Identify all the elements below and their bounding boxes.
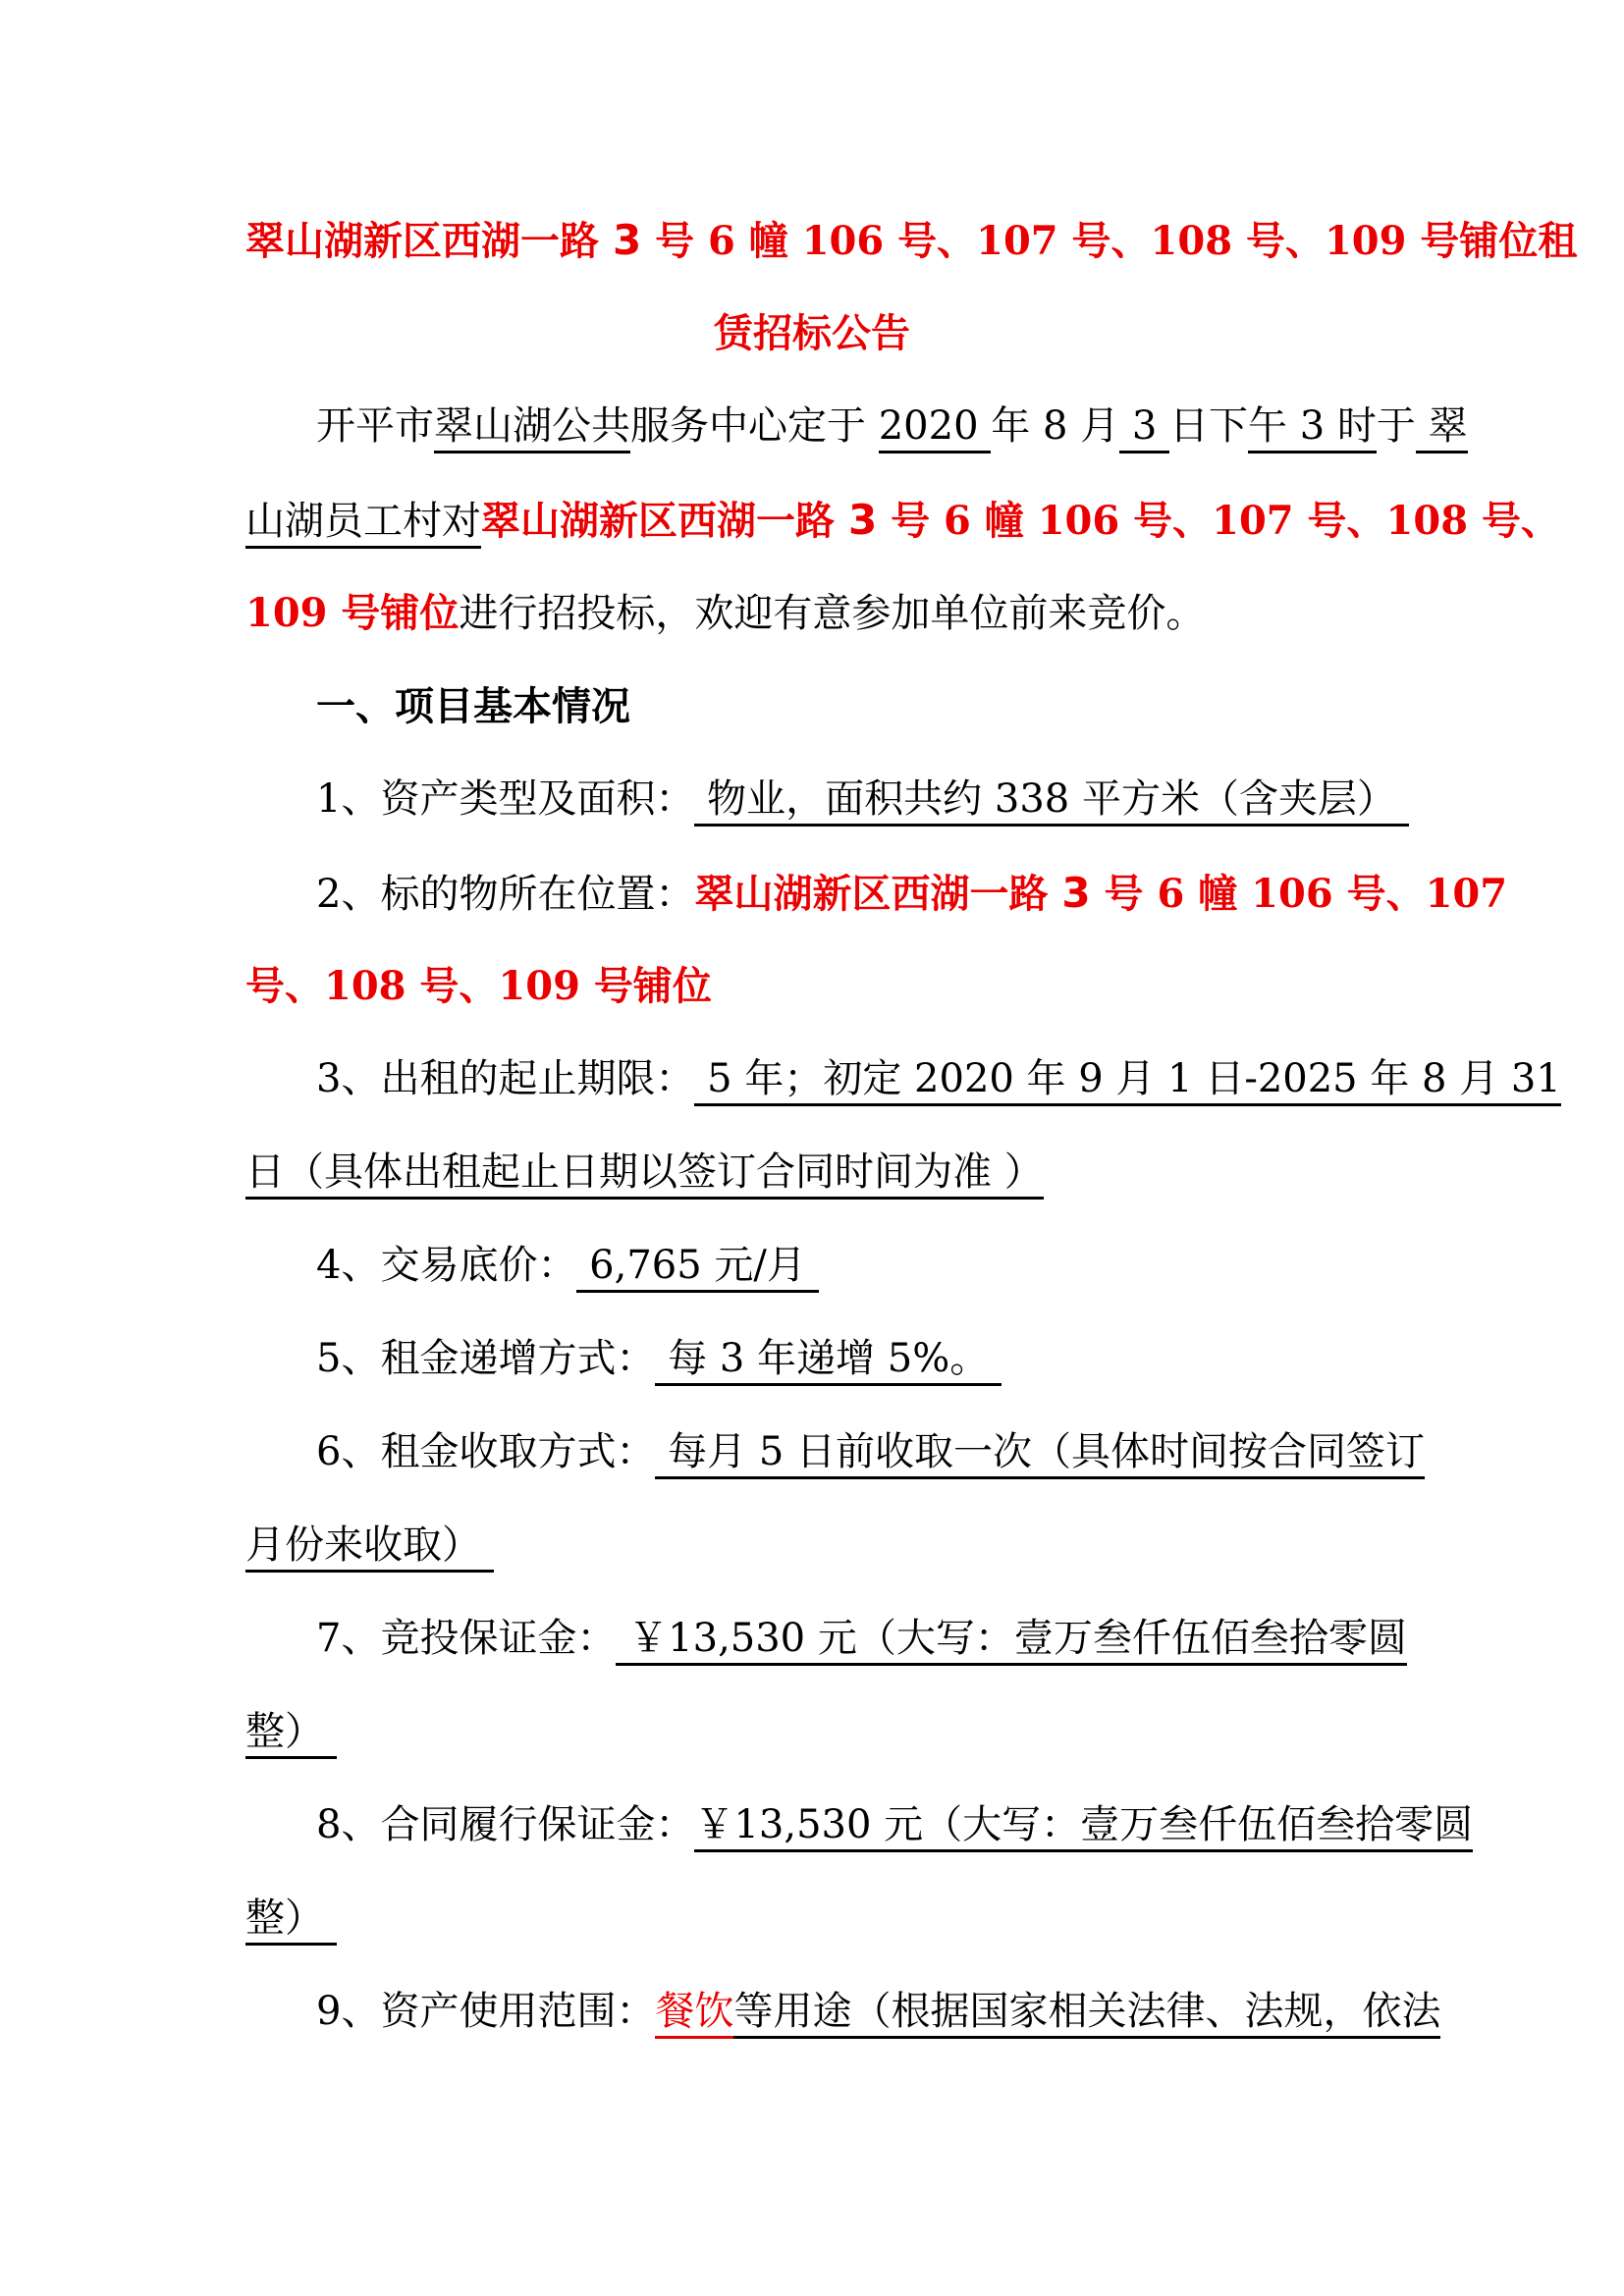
field-time: 午 3 时 [1248,403,1377,454]
announcement-title-line-2: 赁招标公告 [245,287,1379,380]
item-8-value-part-1: ￥13,530 元（大写：壹万叁仟伍佰叁拾零圆 [694,1802,1473,1852]
intro-text: 于 [1377,403,1416,449]
item-2-line-1: 2、标的物所在位置：翠山湖新区西湖一路 3 号 6 幢 106 号、107 [245,846,1379,939]
title-text-line2: 赁招标公告 [714,310,910,356]
property-number-3: 3 [848,496,877,544]
item-4-label: 4、交易底价： [316,1243,576,1288]
item-2-value-part-1: 翠山湖新区西湖一路 [694,871,1061,917]
item-2-label: 2、标的物所在位置： [316,872,694,917]
field-day: 3 [1119,403,1169,454]
property-name-part-1: 翠山湖新区西湖一路 [481,498,848,544]
item-9-label: 9、资产使用范围： [316,1989,655,2034]
document-page: 翠山湖新区西湖一路 3 号 6 幢 106 号、107 号、108 号、109 … [0,0,1624,2296]
item-2-line-2: 号、108 号、109 号铺位 [245,939,1379,1033]
item-5-label: 5、租金递增方式： [316,1336,655,1381]
item-7-value-part-2: 整） [245,1709,337,1759]
title-text-pre: 翠山湖新区西湖一路 [245,218,613,264]
item-2-number-3: 3 [1061,869,1090,917]
item-3-line-2: 日（具体出租起止日期以签订合同时间为准 ） [245,1126,1379,1219]
item-4-value: 6,765 元/月 [576,1243,818,1293]
announcement-title-line-1: 翠山湖新区西湖一路 3 号 6 幢 106 号、107 号、108 号、109 … [245,193,1379,287]
item-3-line-1: 3、出租的起止期限： 5 年；初定 2020 年 9 月 1 日-2025 年 … [245,1033,1379,1126]
item-7-line-1: 7、竞投保证金： ￥13,530 元（大写：壹万叁仟伍佰叁拾零圆 [245,1592,1379,1685]
section-heading-text: 一、项目基本情况 [316,683,630,729]
item-8-value-part-2: 整） [245,1896,337,1946]
item-7-label: 7、竞投保证金： [316,1616,616,1661]
intro-text: 进行招投标，欢迎有意参加单位前来竞价。 [459,591,1205,636]
intro-text: 年 8 月 [991,403,1119,449]
field-venue-end: 山湖员工村对 [245,499,481,549]
item-2-value-part-2: 号 6 幢 106 号、107 [1091,871,1507,917]
item-7-line-2: 整） [245,1685,1379,1779]
field-organizer: 翠山湖公共 [434,403,630,454]
title-text-post: 号 6 幢 106 号、107 号、108 号、109 号铺位租 [641,218,1577,264]
document-body: 翠山湖新区西湖一路 3 号 6 幢 106 号、107 号、108 号、109 … [245,193,1379,2058]
intro-text: 服务中心定于 [630,403,879,449]
title-number-3: 3 [613,216,641,264]
item-8-line-2: 整） [245,1872,1379,1965]
item-4-line: 4、交易底价： 6,765 元/月 [245,1219,1379,1312]
intro-paragraph-line-3: 109 号铺位进行招投标，欢迎有意参加单位前来竞价。 [245,566,1379,660]
item-2-value-part-3: 号、108 号、109 号铺位 [245,963,712,1009]
item-8-label: 8、合同履行保证金： [316,1802,694,1847]
intro-paragraph-line-1: 开平市翠山湖公共服务中心定于 2020 年 8 月 3 日下午 3 时于 翠 [245,380,1379,473]
intro-paragraph-line-2: 山湖员工村对翠山湖新区西湖一路 3 号 6 幢 106 号、107 号、108 … [245,473,1379,566]
field-year: 2020 [879,403,992,454]
property-name-part-3: 109 号铺位 [245,590,459,636]
item-1-value: 物业，面积共约 338 平方米（含夹层） [694,776,1408,827]
item-9-usage-type: 餐饮 [655,1989,733,2039]
item-6-value-part-1: 每月 5 日前收取一次（具体时间按合同签订 [655,1429,1425,1479]
item-5-line: 5、租金递增方式： 每 3 年递增 5%。 [245,1312,1379,1406]
section-1-heading: 一、项目基本情况 [245,660,1379,753]
item-9-line: 9、资产使用范围：餐饮等用途（根据国家相关法律、法规，依法 [245,1965,1379,2058]
item-8-line-1: 8、合同履行保证金：￥13,530 元（大写：壹万叁仟伍佰叁拾零圆 [245,1779,1379,1872]
item-6-value-part-2: 月份来收取） [245,1522,494,1573]
intro-text: 日下 [1169,403,1248,449]
intro-text: 开平市 [316,403,434,449]
item-9-value-rest: 等用途（根据国家相关法律、法规，依法 [733,1989,1440,2039]
item-7-value-part-1: ￥13,530 元（大写：壹万叁仟伍佰叁拾零圆 [616,1616,1406,1666]
item-3-label: 3、出租的起止期限： [316,1056,694,1101]
item-1-label: 1、资产类型及面积： [316,776,694,822]
item-5-value: 每 3 年递增 5%。 [655,1336,1001,1386]
item-6-label: 6、租金收取方式： [316,1429,655,1474]
field-venue-start: 翠 [1416,403,1468,454]
item-3-value-part-2: 日（具体出租起止日期以签订合同时间为准 ） [245,1149,1044,1200]
item-6-line-2: 月份来收取） [245,1499,1379,1592]
item-6-line-1: 6、租金收取方式： 每月 5 日前收取一次（具体时间按合同签订 [245,1406,1379,1499]
property-name-part-2: 号 6 幢 106 号、107 号、108 号、 [877,498,1560,544]
item-1-line: 1、资产类型及面积： 物业，面积共约 338 平方米（含夹层） [245,753,1379,846]
item-3-value-part-1: 5 年；初定 2020 年 9 月 1 日-2025 年 8 月 31 [694,1056,1560,1106]
